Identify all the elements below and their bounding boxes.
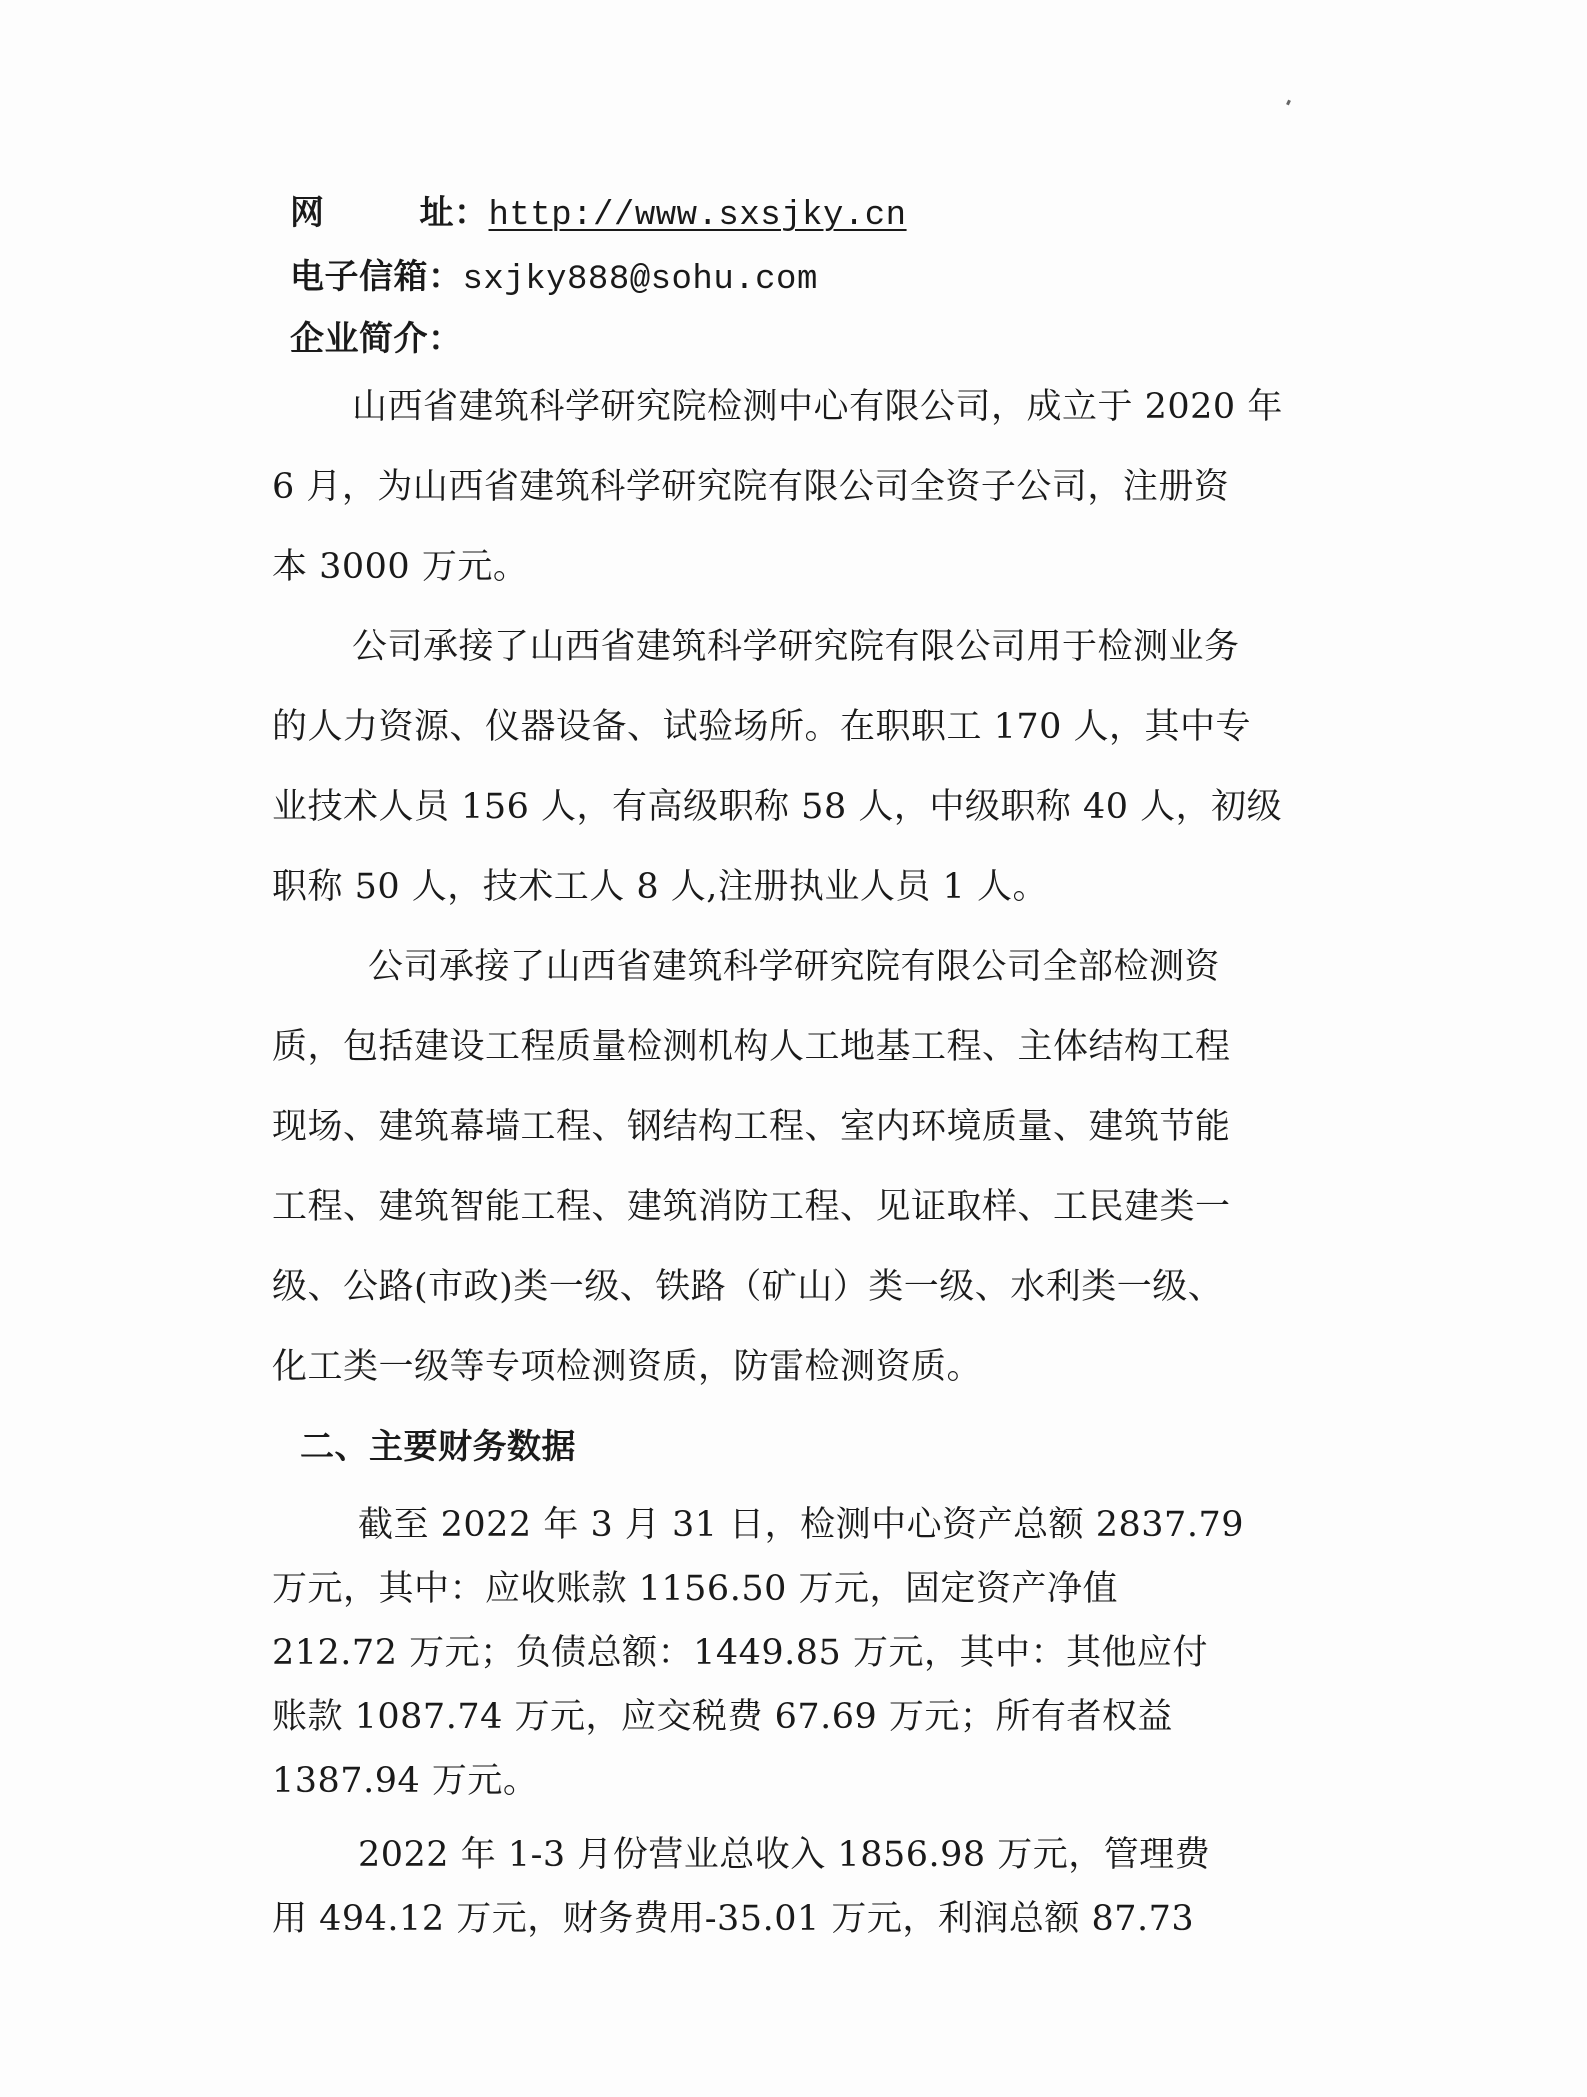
website-link[interactable]: http://www.sxsjky.cn xyxy=(489,197,907,235)
email-value: sxjky888@sohu.com xyxy=(463,261,818,299)
paragraph-line: 公司承接了山西省建筑科学研究院有限公司全部检测资 xyxy=(368,946,1220,988)
paragraph-line: 账款 1087.74 万元，应交税费 67.69 万元；所有者权益 xyxy=(272,1696,1173,1738)
paragraph-line: 截至 2022 年 3 月 31 日，检测中心资产总额 2837.79 xyxy=(358,1504,1244,1546)
paragraph-line: 级、公路(市政)类一级、铁路（矿山）类一级、水利类一级、 xyxy=(272,1266,1223,1308)
email-row: 电子信箱：sxjky888@sohu.com xyxy=(290,256,818,301)
paragraph-line: 的人力资源、仪器设备、试验场所。在职职工 170 人，其中专 xyxy=(272,706,1251,748)
paragraph-line: 现场、建筑幕墙工程、钢结构工程、室内环境质量、建筑节能 xyxy=(272,1106,1231,1148)
paragraph-line: 1387.94 万元。 xyxy=(272,1760,538,1802)
paragraph-line: 山西省建筑科学研究院检测中心有限公司，成立于 2020 年 xyxy=(352,386,1283,428)
paragraph-line: 2022 年 1-3 月份营业总收入 1856.98 万元，管理费 xyxy=(358,1834,1210,1876)
paragraph-line: 工程、建筑智能工程、建筑消防工程、见证取样、工民建类一 xyxy=(272,1186,1231,1228)
document-page: 网址：http://www.sxsjky.cn 电子信箱：sxjky888@so… xyxy=(0,0,1587,2097)
section-heading: 二、主要财务数据 xyxy=(300,1426,576,1468)
website-label-1: 网 xyxy=(290,193,325,233)
intro-row: 企业简介： xyxy=(290,318,463,360)
paragraph-line: 质，包括建设工程质量检测机构人工地基工程、主体结构工程 xyxy=(272,1026,1231,1068)
website-row: 网址：http://www.sxsjky.cn xyxy=(290,192,907,237)
paragraph-line: 万元，其中：应收账款 1156.50 万元，固定资产净值 xyxy=(272,1568,1118,1610)
scan-speck xyxy=(1286,100,1291,106)
email-label: 电子信箱： xyxy=(290,257,463,297)
paragraph-line: 用 494.12 万元，财务费用-35.01 万元，利润总额 87.73 xyxy=(272,1898,1194,1940)
paragraph-line: 公司承接了山西省建筑科学研究院有限公司用于检测业务 xyxy=(352,626,1240,668)
paragraph-line: 6 月，为山西省建筑科学研究院有限公司全资子公司，注册资 xyxy=(272,466,1229,508)
paragraph-line: 职称 50 人，技术工人 8 人,注册执业人员 1 人。 xyxy=(272,866,1048,908)
paragraph-line: 212.72 万元；负债总额：1449.85 万元，其中：其他应付 xyxy=(272,1632,1208,1674)
paragraph-line: 本 3000 万元。 xyxy=(272,546,528,588)
website-label-2: 址： xyxy=(420,193,489,233)
paragraph-line: 化工类一级等专项检测资质，防雷检测资质。 xyxy=(272,1346,982,1388)
paragraph-line: 业技术人员 156 人，有高级职称 58 人，中级职称 40 人，初级 xyxy=(272,786,1282,828)
intro-label: 企业简介： xyxy=(290,319,463,359)
